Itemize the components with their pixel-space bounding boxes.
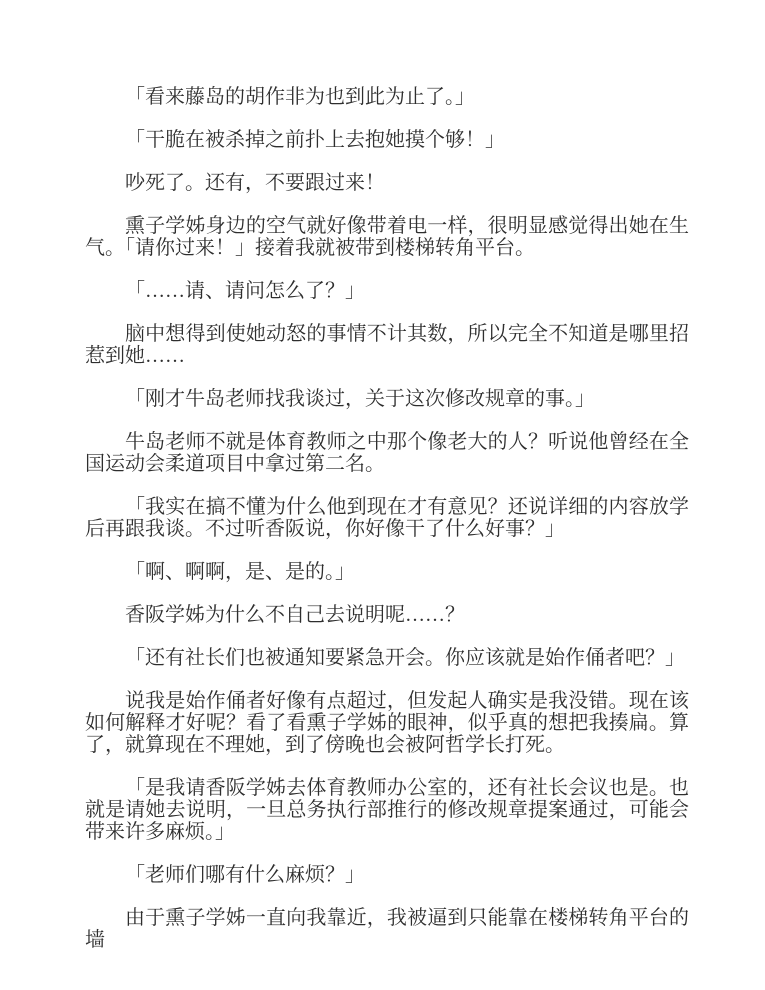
paragraph-narration: 吵死了。还有，不要跟过来！	[85, 172, 689, 194]
paragraph-dialogue: 「刚才牛岛老师找我谈过，关于这次修改规章的事。」	[85, 388, 689, 410]
paragraph-dialogue: 「还有社长们也被通知要紧急开会。你应该就是始作俑者吧？」	[85, 647, 689, 669]
paragraph-narration: 熏子学姊身边的空气就好像带着电一样，很明显感觉得出她在生气。「请你过来！」接着我…	[85, 215, 689, 259]
paragraph-dialogue: 「看来藤岛的胡作非为也到此为止了。」	[85, 86, 689, 108]
paragraph-narration: 脑中想得到使她动怒的事情不计其数，所以完全不知道是哪里招惹到她……	[85, 323, 689, 367]
paragraph-dialogue: 「……请、请问怎么了？」	[85, 280, 689, 302]
paragraph-narration: 香阪学姊为什么不自己去说明呢……？	[85, 604, 689, 626]
paragraph-narration: 说我是始作俑者好像有点超过，但发起人确实是我没错。现在该如何解释才好呢？看了看熏…	[85, 690, 689, 756]
paragraph-narration: 牛岛老师不就是体育教师之中那个像老大的人？听说他曾经在全国运动会柔道项目中拿过第…	[85, 431, 689, 475]
paragraph-dialogue: 「老师们哪有什么麻烦？」	[85, 864, 689, 886]
paragraph-dialogue: 「我实在搞不懂为什么他到现在才有意见？还说详细的内容放学后再跟我谈。不过听香阪说…	[85, 496, 689, 540]
paragraph-dialogue: 「干脆在被杀掉之前扑上去抱她摸个够！」	[85, 129, 689, 151]
paragraph-narration: 由于熏子学姊一直向我靠近，我被逼到只能靠在楼梯转角平台的墙	[85, 907, 689, 951]
paragraph-dialogue: 「啊、啊啊，是、是的。」	[85, 561, 689, 583]
paragraph-dialogue: 「是我请香阪学姊去体育教师办公室的，还有社长会议也是。也就是请她去说明，一旦总务…	[85, 777, 689, 843]
document-page: 「看来藤岛的胡作非为也到此为止了。」 「干脆在被杀掉之前扑上去抱她摸个够！」 吵…	[0, 0, 765, 990]
